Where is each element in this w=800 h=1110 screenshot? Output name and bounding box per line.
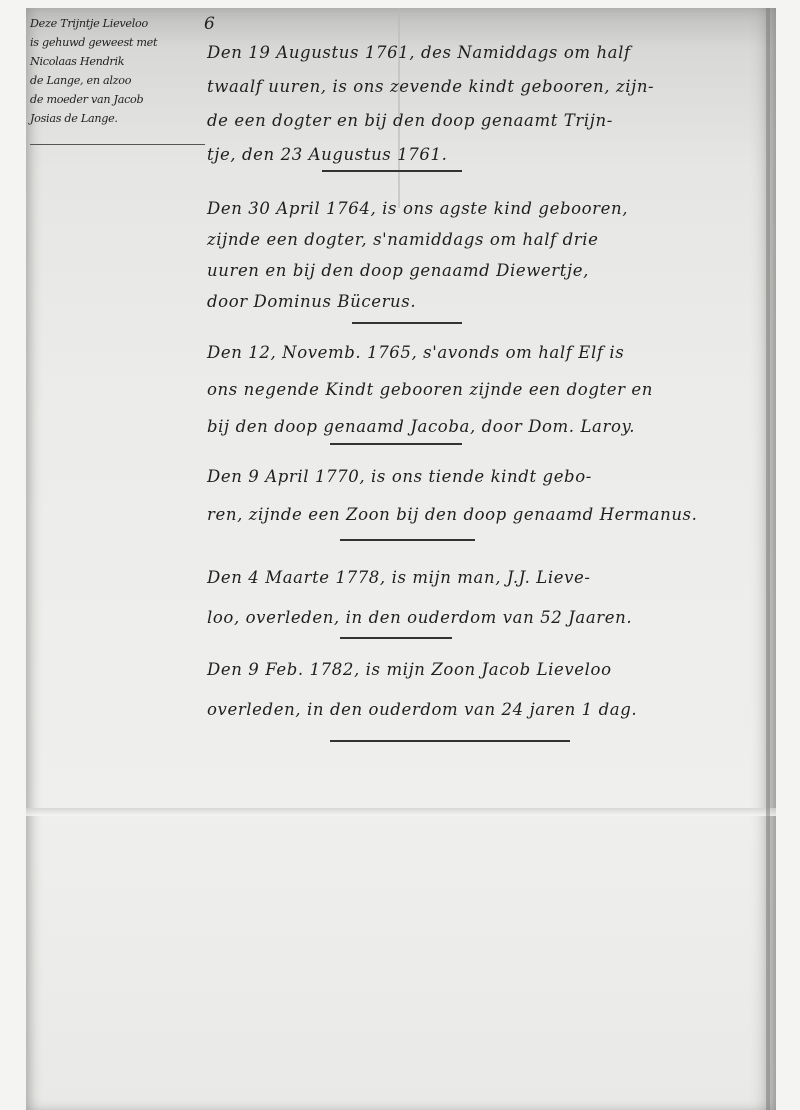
margin-note-line: de moeder van Jacob — [30, 90, 202, 109]
page-number: 6 — [204, 14, 215, 34]
register-entry: Den 12, Novemb. 1765, s'avonds om half E… — [207, 334, 769, 445]
entry-line: zijnde een dogter, s'namiddags om half d… — [207, 224, 769, 255]
register-entry: Den 30 April 1764, is ons agste kind geb… — [207, 193, 769, 317]
entry-line: door Dominus Bücerus. — [207, 286, 769, 317]
entry-line: overleden, in den ouderdom van 24 jaren … — [207, 690, 769, 730]
entry-line: Den 4 Maarte 1778, is mijn man, J.J. Lie… — [207, 558, 769, 598]
margin-note-line: de Lange, en alzoo — [30, 71, 202, 90]
margin-note-line: Nicolaas Hendrik — [30, 52, 202, 71]
entry-line: ons negende Kindt gebooren zijnde een do… — [207, 371, 769, 408]
margin-underline — [30, 144, 205, 145]
entry-line: twaalf uuren, is ons zevende kindt geboo… — [207, 70, 769, 104]
entry-separator — [340, 539, 475, 541]
entry-line: loo, overleden, in den ouderdom van 52 J… — [207, 598, 769, 638]
entry-line: Den 30 April 1764, is ons agste kind geb… — [207, 193, 769, 224]
entry-line: tje, den 23 Augustus 1761. — [207, 138, 769, 172]
register-entry: Den 4 Maarte 1778, is mijn man, J.J. Lie… — [207, 558, 769, 638]
entry-line: Den 9 April 1770, is ons tiende kindt ge… — [207, 458, 769, 496]
margin-note: Deze Trijntje Lieveloo is gehuwd geweest… — [30, 14, 202, 128]
margin-note-line: Josias de Lange. — [30, 109, 202, 128]
register-entry: Den 9 Feb. 1782, is mijn Zoon Jacob Liev… — [207, 650, 769, 730]
register-entry: Den 9 April 1770, is ons tiende kindt ge… — [207, 458, 769, 534]
margin-note-line: Deze Trijntje Lieveloo — [30, 14, 202, 33]
entry-separator — [352, 322, 462, 324]
entry-separator — [330, 740, 570, 742]
margin-note-line: is gehuwd geweest met — [30, 33, 202, 52]
entry-line: Den 9 Feb. 1782, is mijn Zoon Jacob Liev… — [207, 650, 769, 690]
entry-line: uuren en bij den doop genaamd Diewertje, — [207, 255, 769, 286]
register-entry: Den 19 Augustus 1761, des Namiddags om h… — [207, 36, 769, 172]
entry-line: Den 19 Augustus 1761, des Namiddags om h… — [207, 36, 769, 70]
fold-crease-horizontal — [26, 808, 776, 816]
entry-line: bij den doop genaamd Jacoba, door Dom. L… — [207, 408, 769, 445]
entry-separator — [340, 637, 452, 639]
entry-separator — [322, 170, 462, 172]
entry-line: ren, zijnde een Zoon bij den doop genaam… — [207, 496, 769, 534]
entry-line: de een dogter en bij den doop genaamt Tr… — [207, 104, 769, 138]
entry-line: Den 12, Novemb. 1765, s'avonds om half E… — [207, 334, 769, 371]
entry-separator — [330, 443, 462, 445]
